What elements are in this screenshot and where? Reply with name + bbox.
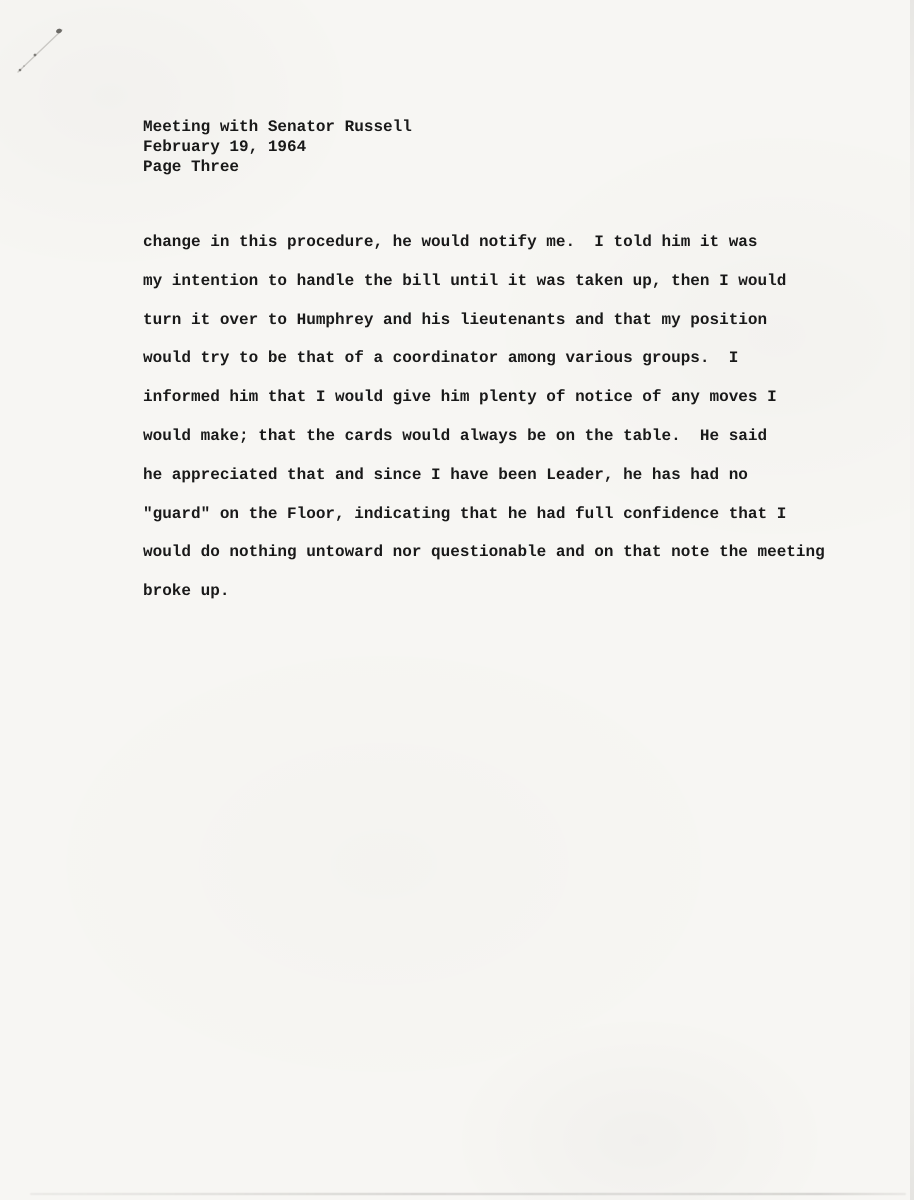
typed-line: would do nothing untoward nor questionab…	[143, 533, 825, 572]
memo-title-line: Meeting with Senator Russell	[143, 117, 412, 137]
scan-bottom-edge	[30, 1193, 906, 1195]
typed-line: turn it over to Humphrey and his lieuten…	[143, 301, 825, 340]
typed-line: he appreciated that and since I have bee…	[143, 456, 825, 495]
memo-page-line: Page Three	[143, 157, 412, 177]
memo-header: Meeting with Senator Russell February 19…	[143, 117, 412, 177]
typed-line: would try to be that of a coordinator am…	[143, 339, 825, 378]
typed-line: "guard" on the Floor, indicating that he…	[143, 495, 825, 534]
typed-line: informed him that I would give him plent…	[143, 378, 825, 417]
typed-line: broke up.	[143, 572, 825, 611]
memo-date-line: February 19, 1964	[143, 137, 412, 157]
typed-line: change in this procedure, he would notif…	[143, 223, 825, 262]
scan-right-edge	[910, 0, 914, 1200]
pencil-mark	[10, 20, 80, 90]
memo-body: change in this procedure, he would notif…	[143, 223, 825, 611]
typed-line: my intention to handle the bill until it…	[143, 262, 825, 301]
typed-line: would make; that the cards would always …	[143, 417, 825, 456]
scanned-memo-page: Meeting with Senator Russell February 19…	[0, 0, 914, 1200]
